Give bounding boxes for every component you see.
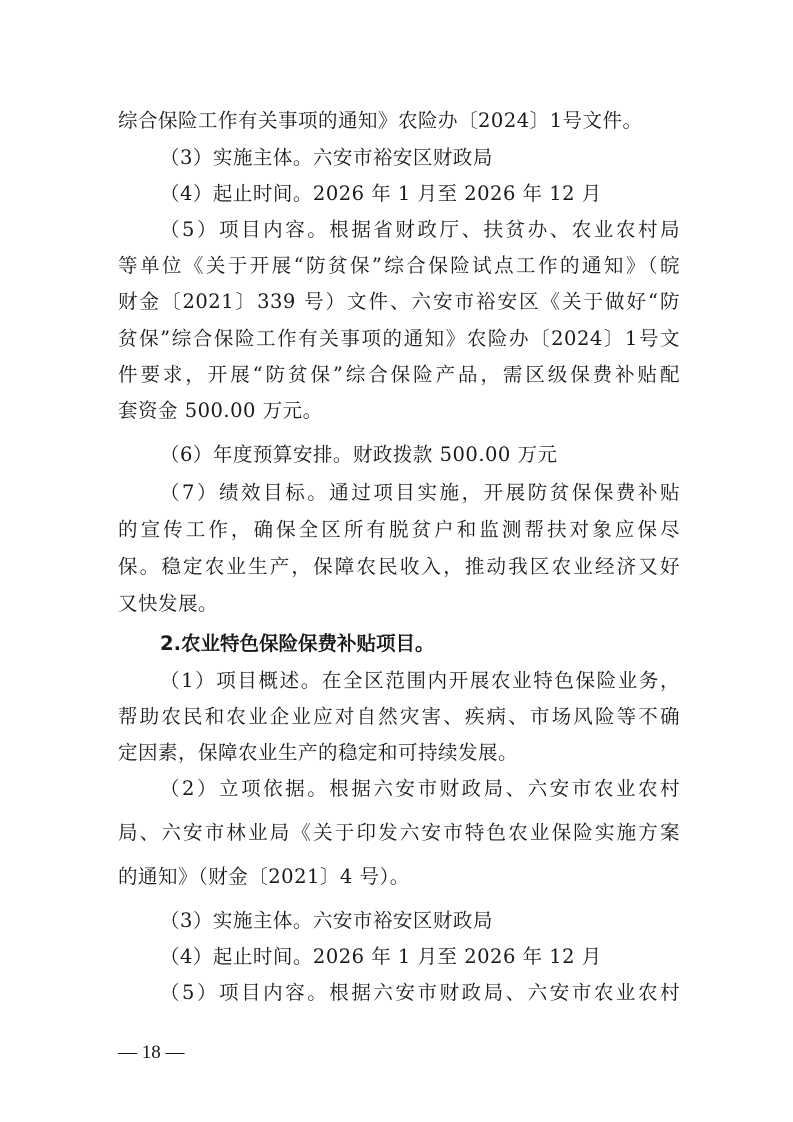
text-line: 件要求，开展“防贫保”综合保险产品，需区级保费补贴配 bbox=[118, 362, 680, 388]
text-line: （3）实施主体。六安市裕安区财政局 bbox=[160, 145, 680, 171]
text-line: （6）年度预算安排。财政拨款 500.00 万元 bbox=[160, 442, 680, 468]
text-line: （3）实施主体。六安市裕安区财政局 bbox=[160, 908, 680, 934]
text-line: （5）项目内容。根据六安市财政局、六安市农业农村 bbox=[160, 980, 680, 1006]
text-line: 局、六安市林业局《关于印发六安市特色农业保险实施方案 bbox=[118, 820, 680, 846]
text-line: （7）绩效目标。通过项目实施，开展防贫保保费补贴 bbox=[160, 480, 680, 506]
text-line: 贫保”综合保险工作有关事项的通知》农险办〔2024〕1号文 bbox=[118, 326, 680, 352]
page-number: — 18 — bbox=[118, 1040, 185, 1066]
text-line: 综合保险工作有关事项的通知》农险办〔2024〕1号文件。 bbox=[118, 108, 680, 134]
section-heading: 2.农业特色保险保费补贴项目。 bbox=[160, 631, 680, 657]
document-page: 综合保险工作有关事项的通知》农险办〔2024〕1号文件。 （3）实施主体。六安市… bbox=[0, 0, 793, 1122]
text-line: 帮助农民和农业企业应对自然灾害、疾病、市场风险等不确 bbox=[118, 704, 680, 730]
text-line: 又快发展。 bbox=[118, 591, 680, 617]
text-line: （5）项目内容。根据省财政厅、扶贫办、农业农村局 bbox=[160, 217, 680, 243]
text-line: 等单位《关于开展“防贫保”综合保险试点工作的通知》（皖 bbox=[118, 253, 680, 279]
text-line: 的通知》（财金〔2021〕4 号）。 bbox=[118, 864, 680, 890]
text-line: （1）项目概述。在全区范围内开展农业特色保险业务， bbox=[160, 668, 680, 694]
text-line: 财金〔2021〕339 号）文件、六安市裕安区《关于做好“防 bbox=[118, 289, 680, 315]
text-line: 保。稳定农业生产，保障农民收入，推动我区农业经济又好 bbox=[118, 554, 680, 580]
text-line: 的宣传工作，确保全区所有脱贫户和监测帮扶对象应保尽 bbox=[118, 517, 680, 543]
text-line: 定因素，保障农业生产的稳定和可持续发展。 bbox=[118, 740, 680, 766]
text-line: （2）立项依据。根据六安市财政局、六安市农业农村 bbox=[160, 776, 680, 802]
text-line: 套资金 500.00 万元。 bbox=[118, 398, 680, 424]
text-line: （4）起止时间。2026 年 1 月至 2026 年 12 月 bbox=[160, 944, 680, 970]
text-line: （4）起止时间。2026 年 1 月至 2026 年 12 月 bbox=[160, 181, 680, 207]
